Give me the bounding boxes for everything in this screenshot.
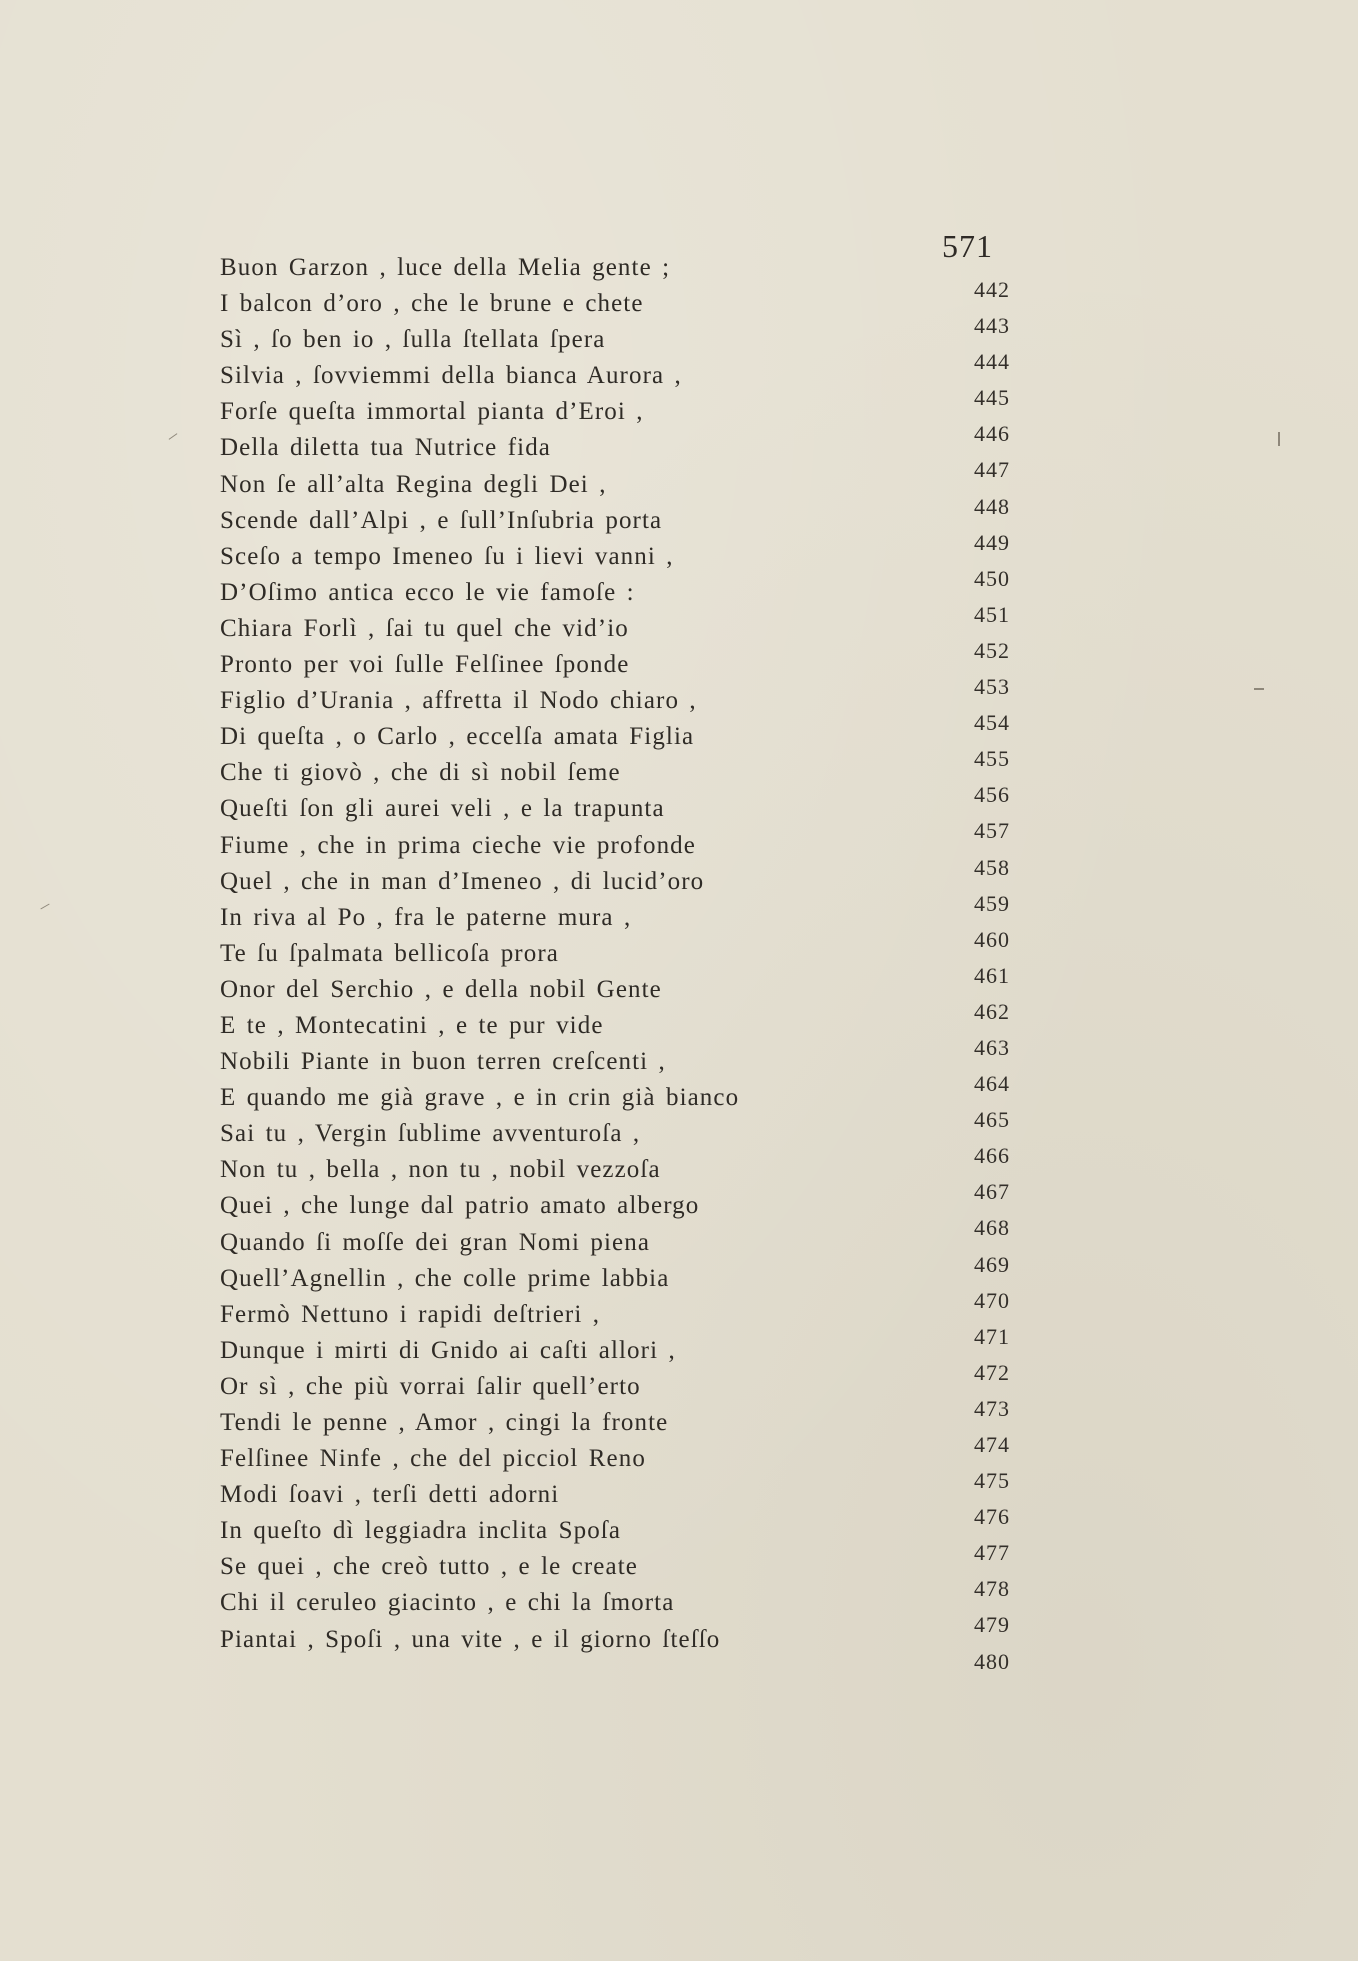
index-entry-page: 480 xyxy=(930,1644,1010,1680)
index-entry-first-line: Felſinee Ninfe , che del picciol Reno xyxy=(220,1441,840,1477)
index-entry-page: 458 xyxy=(930,850,1010,886)
index-entry-page: 453 xyxy=(930,669,1010,705)
index-entry-first-line: In queſto dì leggiadra inclita Spoſa xyxy=(220,1513,840,1549)
book-page: 571 Buon Garzon , luce della Melia gente… xyxy=(0,0,1358,1961)
index-entry-page: 476 xyxy=(930,1499,1010,1535)
index-entry-page: 473 xyxy=(930,1391,1010,1427)
index-entry-page: 461 xyxy=(930,958,1010,994)
index-entry-page: 445 xyxy=(930,380,1010,416)
index-entry-page: 459 xyxy=(930,886,1010,922)
index-entry-first-line: Fermò Nettuno i rapidi deſtrieri , xyxy=(220,1297,840,1333)
index-entry-first-line: Sceſo a tempo Imeneo ſu i lievi vanni , xyxy=(220,539,840,575)
first-lines-index: Buon Garzon , luce della Melia gente ; I… xyxy=(220,250,840,1658)
index-entry-page: 467 xyxy=(930,1174,1010,1210)
index-entry-page: 443 xyxy=(930,308,1010,344)
index-entry-first-line: Queſti ſon gli aurei veli , e la trapunt… xyxy=(220,791,840,827)
page-number: 571 xyxy=(942,228,993,265)
index-entry-page: 475 xyxy=(930,1463,1010,1499)
index-entry-page: 462 xyxy=(930,994,1010,1030)
index-entry-first-line: Figlio d’Urania , affretta il Nodo chiar… xyxy=(220,683,840,719)
index-entry-page: 460 xyxy=(930,922,1010,958)
index-entry-first-line: Quell’Agnellin , che colle prime labbia xyxy=(220,1261,840,1297)
index-entry-page: 477 xyxy=(930,1535,1010,1571)
index-entry-page: 474 xyxy=(930,1427,1010,1463)
index-entry-first-line: Della diletta tua Nutrice fida xyxy=(220,430,840,466)
paper-mark xyxy=(40,904,49,910)
paper-mark xyxy=(169,433,178,440)
index-entry-first-line: Piantai , Spoſi , una vite , e il giorno… xyxy=(220,1622,840,1658)
index-entry-page: 470 xyxy=(930,1283,1010,1319)
index-entry-first-line: Chiara Forlì , ſai tu quel che vid’io xyxy=(220,611,840,647)
index-entry-first-line: Buon Garzon , luce della Melia gente ; xyxy=(220,250,840,286)
index-entry-first-line: Non ſe all’alta Regina degli Dei , xyxy=(220,467,840,503)
index-entry-first-line: Quei , che lunge dal patrio amato alberg… xyxy=(220,1188,840,1224)
index-entry-page: 479 xyxy=(930,1607,1010,1643)
index-entry-first-line: Nobili Piante in buon terren creſcenti , xyxy=(220,1044,840,1080)
index-entry-first-line: Modi ſoavi , terſi detti adorni xyxy=(220,1477,840,1513)
paper-mark xyxy=(1254,688,1264,690)
index-entry-first-line: Quel , che in man d’Imeneo , di lucid’or… xyxy=(220,864,840,900)
index-entry-first-line: Te ſu ſpalmata bellicoſa prora xyxy=(220,936,840,972)
index-entry-page: 466 xyxy=(930,1138,1010,1174)
index-entry-first-line: In riva al Po , fra le paterne mura , xyxy=(220,900,840,936)
index-entry-first-line: Che ti giovò , che di sì nobil ſeme xyxy=(220,755,840,791)
index-entry-page: 444 xyxy=(930,344,1010,380)
index-entry-page: 456 xyxy=(930,777,1010,813)
index-entry-page: 471 xyxy=(930,1319,1010,1355)
page-references: 442 443 444 445 446 447 448 449 450 451 … xyxy=(930,272,1010,1680)
index-entry-page: 454 xyxy=(930,705,1010,741)
index-entry-first-line: E quando me già grave , e in crin già bi… xyxy=(220,1080,840,1116)
index-entry-page: 478 xyxy=(930,1571,1010,1607)
index-entry-first-line: Di queſta , o Carlo , eccelſa amata Figl… xyxy=(220,719,840,755)
index-entry-first-line: Tendi le penne , Amor , cingi la fronte xyxy=(220,1405,840,1441)
index-entry-first-line: Pronto per voi ſulle Felſinee ſponde xyxy=(220,647,840,683)
index-entry-page: 446 xyxy=(930,416,1010,452)
index-entry-page: 442 xyxy=(930,272,1010,308)
index-entry-page: 449 xyxy=(930,525,1010,561)
index-entry-first-line: Non tu , bella , non tu , nobil vezzoſa xyxy=(220,1152,840,1188)
index-entry-first-line: Sì , ſo ben io , ſulla ſtellata ſpera xyxy=(220,322,840,358)
index-entry-page: 447 xyxy=(930,452,1010,488)
index-entry-first-line: Silvia , ſovviemmi della bianca Aurora , xyxy=(220,358,840,394)
index-entry-first-line: Quando ſi moſſe dei gran Nomi piena xyxy=(220,1225,840,1261)
index-entry-page: 468 xyxy=(930,1210,1010,1246)
index-entry-page: 457 xyxy=(930,813,1010,849)
index-entry-page: 469 xyxy=(930,1247,1010,1283)
index-entry-first-line: Chi il ceruleo giacinto , e chi la ſmort… xyxy=(220,1585,840,1621)
index-entry-page: 450 xyxy=(930,561,1010,597)
index-entry-first-line: Forſe queſta immortal pianta d’Eroi , xyxy=(220,394,840,430)
index-entry-page: 452 xyxy=(930,633,1010,669)
index-entry-page: 472 xyxy=(930,1355,1010,1391)
index-entry-first-line: Or sì , che più vorrai ſalir quell’erto xyxy=(220,1369,840,1405)
paper-mark xyxy=(1278,432,1280,446)
index-entry-page: 463 xyxy=(930,1030,1010,1066)
index-entry-first-line: Se quei , che creò tutto , e le create xyxy=(220,1549,840,1585)
index-entry-page: 455 xyxy=(930,741,1010,777)
index-entry-page: 464 xyxy=(930,1066,1010,1102)
index-entry-first-line: Fiume , che in prima cieche vie profonde xyxy=(220,828,840,864)
index-entry-first-line: Sai tu , Vergin ſublime avventuroſa , xyxy=(220,1116,840,1152)
index-entry-first-line: E te , Montecatini , e te pur vide xyxy=(220,1008,840,1044)
index-entry-page: 448 xyxy=(930,489,1010,525)
index-entry-first-line: D’Oſimo antica ecco le vie famoſe : xyxy=(220,575,840,611)
index-entry-page: 451 xyxy=(930,597,1010,633)
index-entry-first-line: I balcon d’oro , che le brune e chete xyxy=(220,286,840,322)
index-entry-first-line: Dunque i mirti di Gnido ai caſti allori … xyxy=(220,1333,840,1369)
index-entry-page: 465 xyxy=(930,1102,1010,1138)
index-entry-first-line: Scende dall’Alpi , e ſull’Inſubria porta xyxy=(220,503,840,539)
index-entry-first-line: Onor del Serchio , e della nobil Gente xyxy=(220,972,840,1008)
